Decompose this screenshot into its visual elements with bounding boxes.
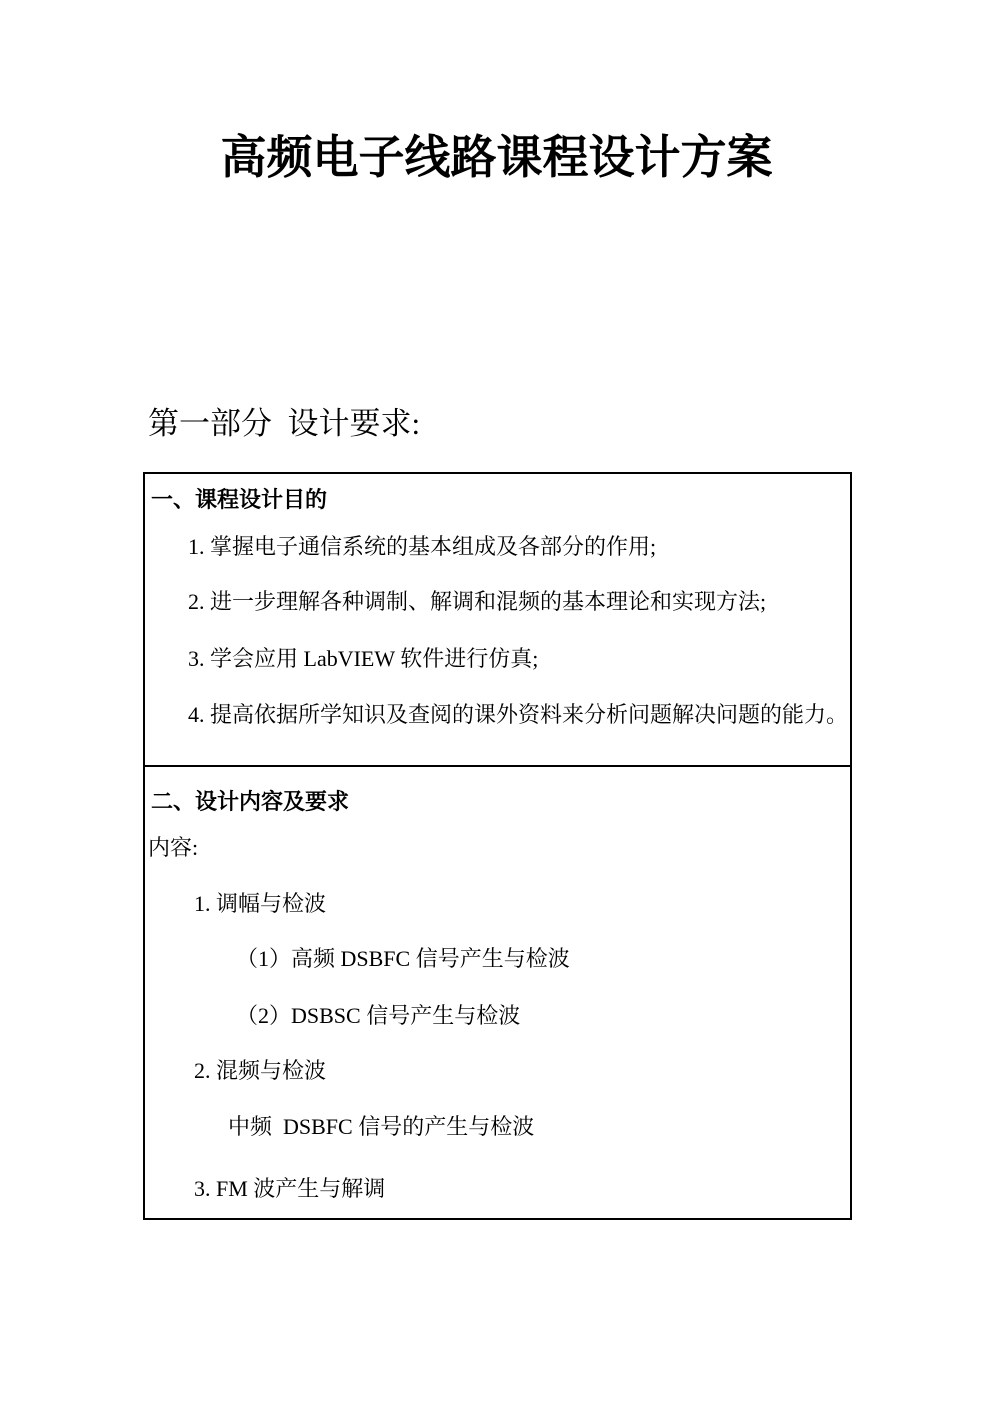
content-item-mixing-detection: 2. 混频与检波 bbox=[194, 1059, 850, 1083]
section-course-design-purpose: 一、课程设计目的 1. 掌握电子通信系统的基本组成及各部分的作用; 2. 进一步… bbox=[145, 488, 850, 767]
content-subitem-dsbfc: （1）高频 DSBFC 信号产生与检波 bbox=[236, 947, 850, 971]
purpose-item-2: 2. 进一步理解各种调制、解调和混频的基本理论和实现方法; bbox=[188, 590, 850, 614]
section-design-content: 二、设计内容及要求 内容: 1. 调幅与检波 （1）高频 DSBFC 信号产生与… bbox=[145, 790, 850, 1255]
purpose-item-4: 4. 提高依据所学知识及查阅的课外资料来分析问题解决问题的能力。 bbox=[188, 703, 850, 727]
purpose-item-1: 1. 掌握电子通信系统的基本组成及各部分的作用; bbox=[188, 535, 850, 559]
section-purpose-heading: 一、课程设计目的 bbox=[151, 488, 850, 512]
document-title: 高频电子线路课程设计方案 bbox=[0, 131, 993, 183]
purpose-item-3: 3. 学会应用 LabVIEW 软件进行仿真; bbox=[188, 647, 850, 671]
section-content-heading: 二、设计内容及要求 bbox=[151, 790, 850, 814]
part-one-heading: 第一部分 设计要求: bbox=[148, 405, 420, 443]
content-item-fm: 3. FM 波产生与解调 bbox=[194, 1177, 850, 1201]
design-requirements-box: 一、课程设计目的 1. 掌握电子通信系统的基本组成及各部分的作用; 2. 进一步… bbox=[143, 472, 852, 1220]
content-subitem-if-dsbfc: 中频 DSBFC 信号的产生与检波 bbox=[228, 1115, 850, 1139]
content-item-am-detection: 1. 调幅与检波 bbox=[194, 892, 850, 916]
content-label: 内容: bbox=[148, 836, 850, 860]
content-subitem-dsbsc: （2）DSBSC 信号产生与检波 bbox=[236, 1004, 850, 1028]
document-page: 高频电子线路课程设计方案 第一部分 设计要求: 一、课程设计目的 1. 掌握电子… bbox=[0, 0, 993, 1404]
